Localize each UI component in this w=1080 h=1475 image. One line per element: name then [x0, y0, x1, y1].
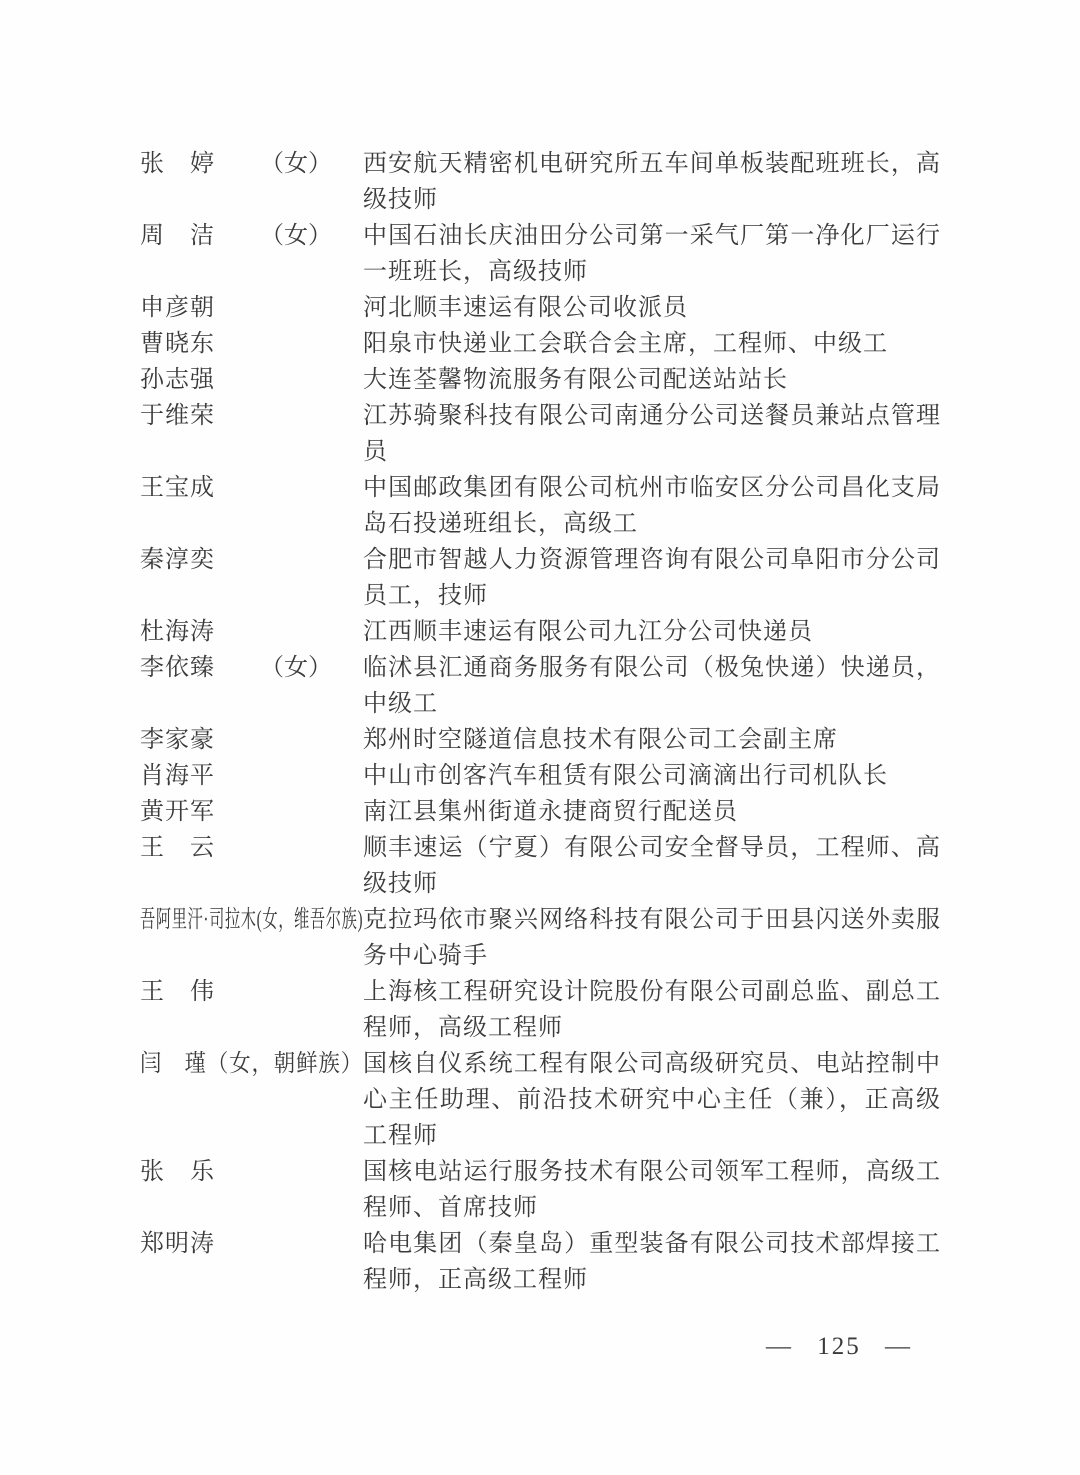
entry-name: 李家豪 — [140, 722, 260, 758]
entry-title-description: 国核自仪系统工程有限公司高级研究员、电站控制中心主任助理、前沿技术研究中心主任（… — [363, 1046, 941, 1154]
entry-gender-ethnicity-annotation — [260, 794, 363, 830]
entry-title-description: 南江县集州街道永捷商贸行配送员 — [363, 794, 941, 830]
entry-name: 李依臻 — [140, 650, 260, 722]
entry-gender-ethnicity-annotation — [260, 1226, 363, 1298]
entry-title-description: 江西顺丰速运有限公司九江分公司快递员 — [363, 614, 941, 650]
entry-gender-ethnicity-annotation — [260, 326, 363, 362]
entry-title-description: 中国邮政集团有限公司杭州市临安区分公司昌化支局岛石投递班组长，高级工 — [363, 470, 941, 542]
page-number: — 125 — — [766, 1330, 912, 1364]
entry-name: 王 伟 — [140, 974, 260, 1046]
roster-entry: 吾阿里汗·司拉木(女，维吾尔族) 克拉玛依市聚兴网络科技有限公司于田县闪送外卖服… — [140, 902, 941, 974]
entry-gender-ethnicity-annotation — [260, 398, 363, 470]
entry-gender-ethnicity-annotation — [260, 722, 363, 758]
roster-entry: 郑明涛 哈电集团（秦皇岛）重型装备有限公司技术部焊接工程师，正高级工程师 — [140, 1226, 941, 1298]
entry-name: 周 洁 — [140, 218, 260, 290]
entry-name: 张 乐 — [140, 1154, 260, 1226]
entry-title-description: 郑州时空隧道信息技术有限公司工会副主席 — [363, 722, 941, 758]
entry-gender-ethnicity-annotation — [260, 758, 363, 794]
entry-title-description: 中国石油长庆油田分公司第一采气厂第一净化厂运行一班班长，高级技师 — [363, 218, 941, 290]
entry-title-description: 西安航天精密机电研究所五车间单板装配班班长，高级技师 — [363, 146, 941, 218]
entry-gender-ethnicity-annotation — [260, 830, 363, 902]
entry-title-description: 上海核工程研究设计院股份有限公司副总监、副总工程师，高级工程师 — [363, 974, 941, 1046]
entry-gender-ethnicity-annotation — [260, 470, 363, 542]
award-roster-list: 张 婷 （女） 西安航天精密机电研究所五车间单板装配班班长，高级技师 周 洁 （… — [140, 146, 941, 1298]
roster-entry: 黄开军 南江县集州街道永捷商贸行配送员 — [140, 794, 941, 830]
entry-gender-ethnicity-annotation — [260, 542, 363, 614]
entry-name: 曹晓东 — [140, 326, 260, 362]
roster-entry: 周 洁 （女） 中国石油长庆油田分公司第一采气厂第一净化厂运行一班班长，高级技师 — [140, 218, 941, 290]
entry-name: 肖海平 — [140, 758, 260, 794]
entry-name: 黄开军 — [140, 794, 260, 830]
roster-entry: 秦淳奕 合肥市智越人力资源管理咨询有限公司阜阳市分公司员工，技师 — [140, 542, 941, 614]
entry-gender-ethnicity-annotation — [260, 290, 363, 326]
roster-entry: 曹晓东 阳泉市快递业工会联合会主席，工程师、中级工 — [140, 326, 941, 362]
entry-gender-ethnicity-annotation — [260, 974, 363, 1046]
entry-title-description: 大连荃馨物流服务有限公司配送站站长 — [363, 362, 941, 398]
entry-title-description: 阳泉市快递业工会联合会主席，工程师、中级工 — [363, 326, 941, 362]
roster-entry: 孙志强 大连荃馨物流服务有限公司配送站站长 — [140, 362, 941, 398]
entry-gender-ethnicity-annotation: （女） — [260, 218, 363, 290]
entry-title-description: 河北顺丰速运有限公司收派员 — [363, 290, 941, 326]
roster-entry: 李依臻 （女） 临沭县汇通商务服务有限公司（极兔快递）快递员，中级工 — [140, 650, 941, 722]
entry-gender-ethnicity-annotation — [260, 1154, 363, 1226]
entry-gender-ethnicity-annotation — [260, 362, 363, 398]
entry-name: 郑明涛 — [140, 1226, 260, 1298]
roster-entry: 王 伟 上海核工程研究设计院股份有限公司副总监、副总工程师，高级工程师 — [140, 974, 941, 1046]
entry-title-description: 中山市创客汽车租赁有限公司滴滴出行司机队长 — [363, 758, 941, 794]
entry-gender-ethnicity-annotation: （女） — [260, 650, 363, 722]
entry-gender-ethnicity-annotation — [260, 614, 363, 650]
roster-entry: 王宝成 中国邮政集团有限公司杭州市临安区分公司昌化支局岛石投递班组长，高级工 — [140, 470, 941, 542]
entry-name: 杜海涛 — [140, 614, 260, 650]
roster-entry: 王 云 顺丰速运（宁夏）有限公司安全督导员，工程师、高级技师 — [140, 830, 941, 902]
roster-entry: 张 乐 国核电站运行服务技术有限公司领军工程师，高级工程师、首席技师 — [140, 1154, 941, 1226]
roster-entry: 张 婷 （女） 西安航天精密机电研究所五车间单板装配班班长，高级技师 — [140, 146, 941, 218]
roster-entry: 闫 瑾（女，朝鲜族） 国核自仪系统工程有限公司高级研究员、电站控制中心主任助理、… — [140, 1046, 941, 1154]
roster-entry: 杜海涛 江西顺丰速运有限公司九江分公司快递员 — [140, 614, 941, 650]
entry-name: 于维荣 — [140, 398, 260, 470]
entry-title-description: 国核电站运行服务技术有限公司领军工程师，高级工程师、首席技师 — [363, 1154, 941, 1226]
entry-title-description: 哈电集团（秦皇岛）重型装备有限公司技术部焊接工程师，正高级工程师 — [363, 1226, 941, 1298]
entry-title-description: 临沭县汇通商务服务有限公司（极兔快递）快递员，中级工 — [363, 650, 941, 722]
entry-name: 申彦朝 — [140, 290, 260, 326]
document-page: 张 婷 （女） 西安航天精密机电研究所五车间单板装配班班长，高级技师 周 洁 （… — [0, 0, 1080, 1475]
entry-name: 王宝成 — [140, 470, 260, 542]
roster-entry: 申彦朝 河北顺丰速运有限公司收派员 — [140, 290, 941, 326]
roster-entry: 肖海平 中山市创客汽车租赁有限公司滴滴出行司机队长 — [140, 758, 941, 794]
entry-title-description: 顺丰速运（宁夏）有限公司安全督导员，工程师、高级技师 — [363, 830, 941, 902]
entry-name: 张 婷 — [140, 146, 260, 218]
entry-title-description: 合肥市智越人力资源管理咨询有限公司阜阳市分公司员工，技师 — [363, 542, 941, 614]
entry-gender-ethnicity-annotation: （女） — [260, 146, 363, 218]
entry-name: 孙志强 — [140, 362, 260, 398]
entry-title-description: 江苏骑聚科技有限公司南通分公司送餐员兼站点管理员 — [363, 398, 941, 470]
entry-name: 秦淳奕 — [140, 542, 260, 614]
entry-name: 王 云 — [140, 830, 260, 902]
roster-entry: 李家豪 郑州时空隧道信息技术有限公司工会副主席 — [140, 722, 941, 758]
entry-name: 闫 瑾（女，朝鲜族） — [140, 1046, 339, 1154]
roster-entry: 于维荣 江苏骑聚科技有限公司南通分公司送餐员兼站点管理员 — [140, 398, 941, 470]
entry-name: 吾阿里汗·司拉木(女，维吾尔族) — [140, 902, 281, 974]
entry-title-description: 克拉玛依市聚兴网络科技有限公司于田县闪送外卖服务中心骑手 — [363, 902, 941, 974]
